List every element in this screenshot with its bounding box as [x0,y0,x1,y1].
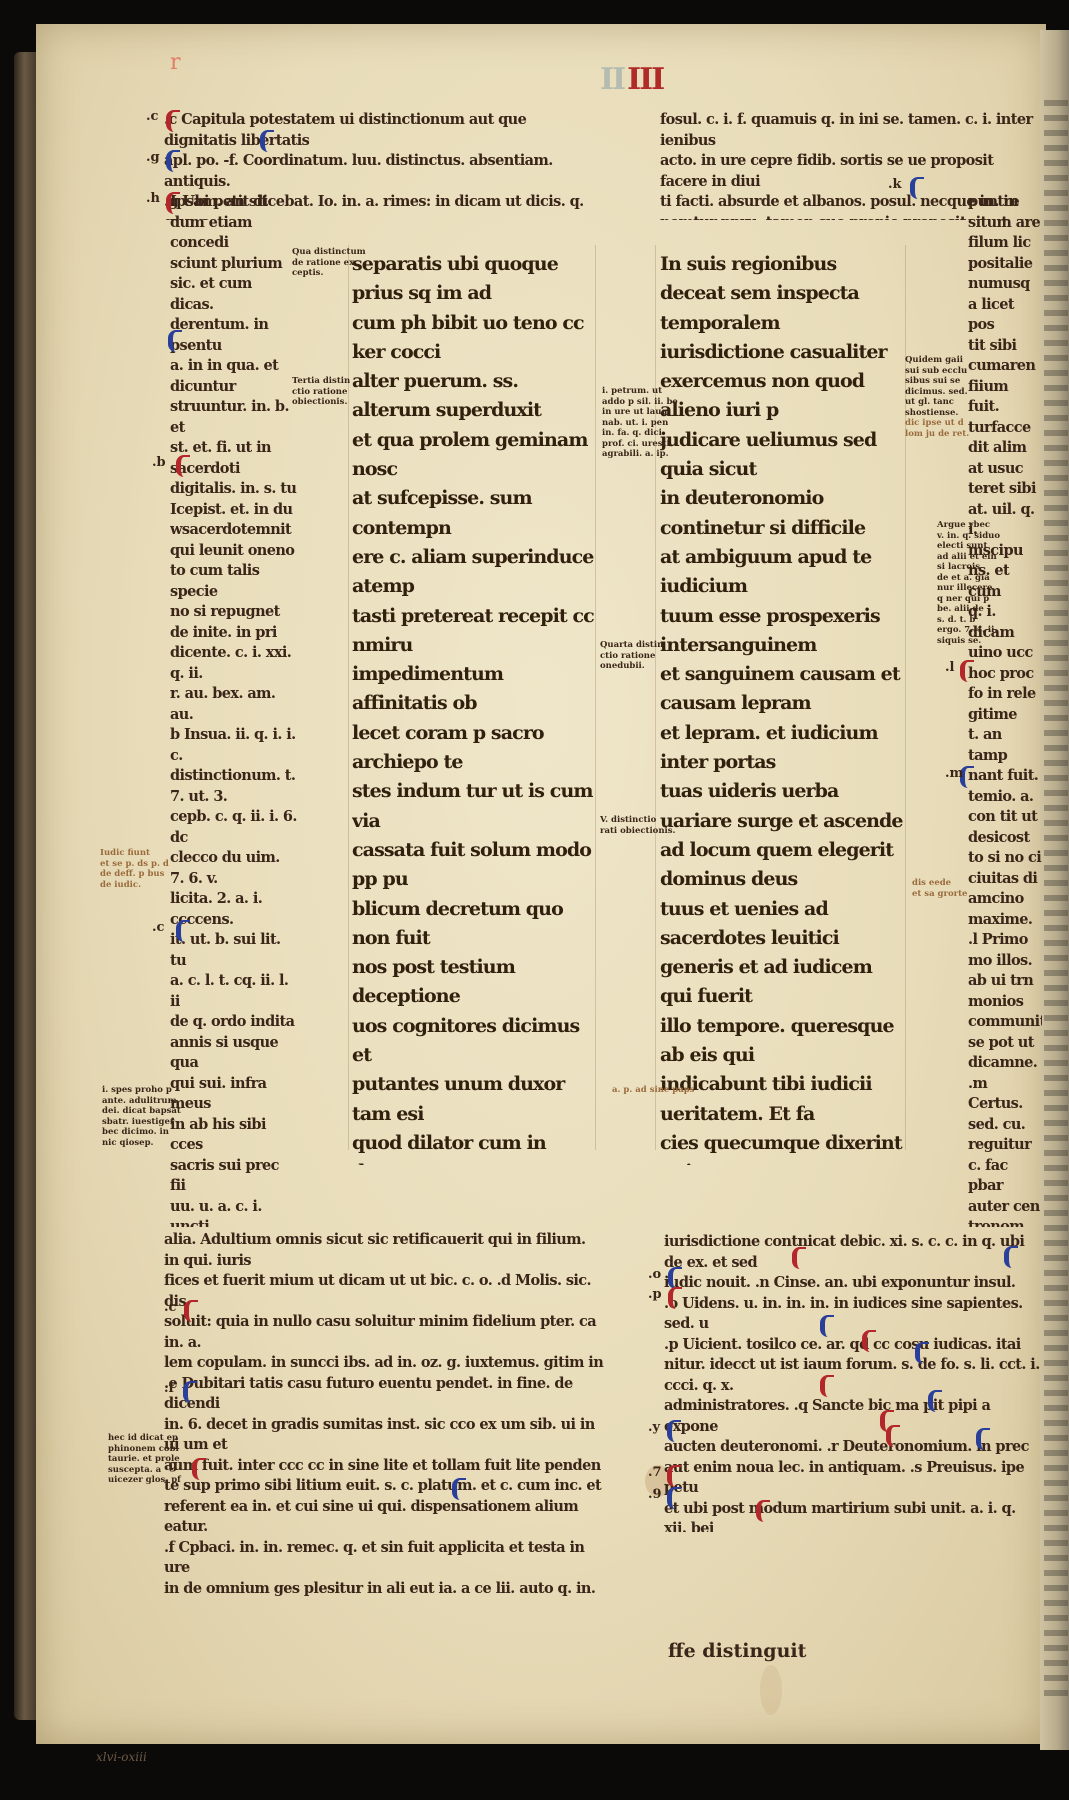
blue-paraph-icon [668,1267,682,1289]
folio-number: IIIII [600,62,663,97]
red-paraph-icon [960,660,974,682]
gloss-siglum: .p [648,1287,662,1302]
marginal-note: Quidem gaii sui sub ecclu sibus sui se d… [905,355,968,418]
marginal-note: dic ipse ut d lom ju de ret. [905,418,969,439]
gloss-siglum: .7 [648,1465,662,1480]
folio-ghost: II [600,62,624,97]
blue-paraph-icon [260,130,274,152]
gloss-siglum: .c [152,920,164,935]
red-paraph-icon [820,1375,834,1397]
marginal-note: i. petrum. ut addo p sil. ii. be in ure … [602,386,678,460]
facing-page-text [1044,100,1068,1700]
blue-paraph-icon [1004,1246,1018,1268]
blue-paraph-icon [667,1487,681,1509]
gloss-siglum: .o [648,1267,661,1282]
gloss-bottom-left: alia. Adultium omnis sicut sic retificau… [164,1230,604,1600]
marginal-note: Tertia distin ctio ratione obiectionis. [292,376,350,408]
red-paraph-icon [862,1330,876,1352]
marginal-note: a. p. ad sine paps [612,1085,694,1096]
gloss-siglum: .b [152,455,166,470]
gloss-siglum: .l [945,660,954,675]
red-paraph-icon [184,1300,198,1322]
blue-paraph-icon [166,150,180,172]
main-text-left-column: separatis ubi quoque prius sq im ad cum … [352,250,596,1165]
red-paraph-icon [166,192,180,214]
blue-paraph-icon [976,1428,990,1450]
gloss-siglum: .m [945,766,963,781]
marginal-note: i. spes proho p ante. adulitrum dei. dic… [102,1085,181,1148]
gloss-siglum: .c [146,109,158,124]
marginal-note: Qua distinctum de ratione ex ceptis. [292,247,366,279]
marginal-note: Argue ybec v. in. q. siduo electi sunt a… [937,520,1000,646]
folio-numeral: III [627,62,663,97]
gloss-right-column: puntre situm are filum lic positalie num… [968,192,1042,1227]
main-text-right-column: In suis regionibus deceat sem inspecta t… [660,250,905,1165]
blue-paraph-icon [452,1478,466,1500]
gloss-siglum: .k [888,177,902,192]
gloss-siglum: .9 [648,1487,662,1502]
gloss-siglum: .g [164,1458,178,1473]
gloss-siglum: .y [648,1420,660,1435]
red-paraph-icon [756,1500,770,1522]
shelfmark-note: xlvi-oxiii [96,1750,147,1764]
ruling-line [655,245,656,1150]
blue-paraph-icon [915,1342,929,1364]
red-paraph-icon [166,110,180,132]
red-paraph-icon [886,1425,900,1447]
red-paraph-icon [667,1465,681,1487]
blue-paraph-icon [667,1420,681,1442]
gloss-siglum: .f [164,1381,174,1396]
gloss-bottom-right: iurisdictione contnicat debic. xi. s. c.… [664,1232,1042,1532]
marginal-note: dis eede et sa grorte [912,878,967,899]
marginal-note: Quarta distin ctio ratione onedubii. [600,640,663,672]
red-paraph-icon [792,1247,806,1269]
gloss-siglum: .h [146,191,160,206]
blue-paraph-icon [910,177,924,199]
blue-paraph-icon [183,1381,197,1403]
marginal-note: V. distinctio rati obiectionis. [600,815,676,836]
gloss-siglum: .g [146,150,160,165]
corner-mark: r [170,50,181,75]
red-paraph-icon [176,455,190,477]
red-paraph-icon [192,1458,206,1480]
blue-paraph-icon [820,1315,834,1337]
blue-paraph-icon [928,1390,942,1412]
blue-paraph-icon [168,330,182,352]
catchword: ffe distinguit [668,1640,806,1662]
marginal-note: Iudic fiunt et se p. ds p. d de deff. p … [100,848,169,890]
stain [760,1665,782,1715]
facing-page-edge [1040,30,1069,1750]
gloss-left-column: Ipsam. an sit dum etiam concedi sciunt p… [170,192,298,1227]
red-paraph-icon [668,1287,682,1309]
blue-paraph-icon [176,920,190,942]
gloss-siglum: .c [164,1300,176,1315]
